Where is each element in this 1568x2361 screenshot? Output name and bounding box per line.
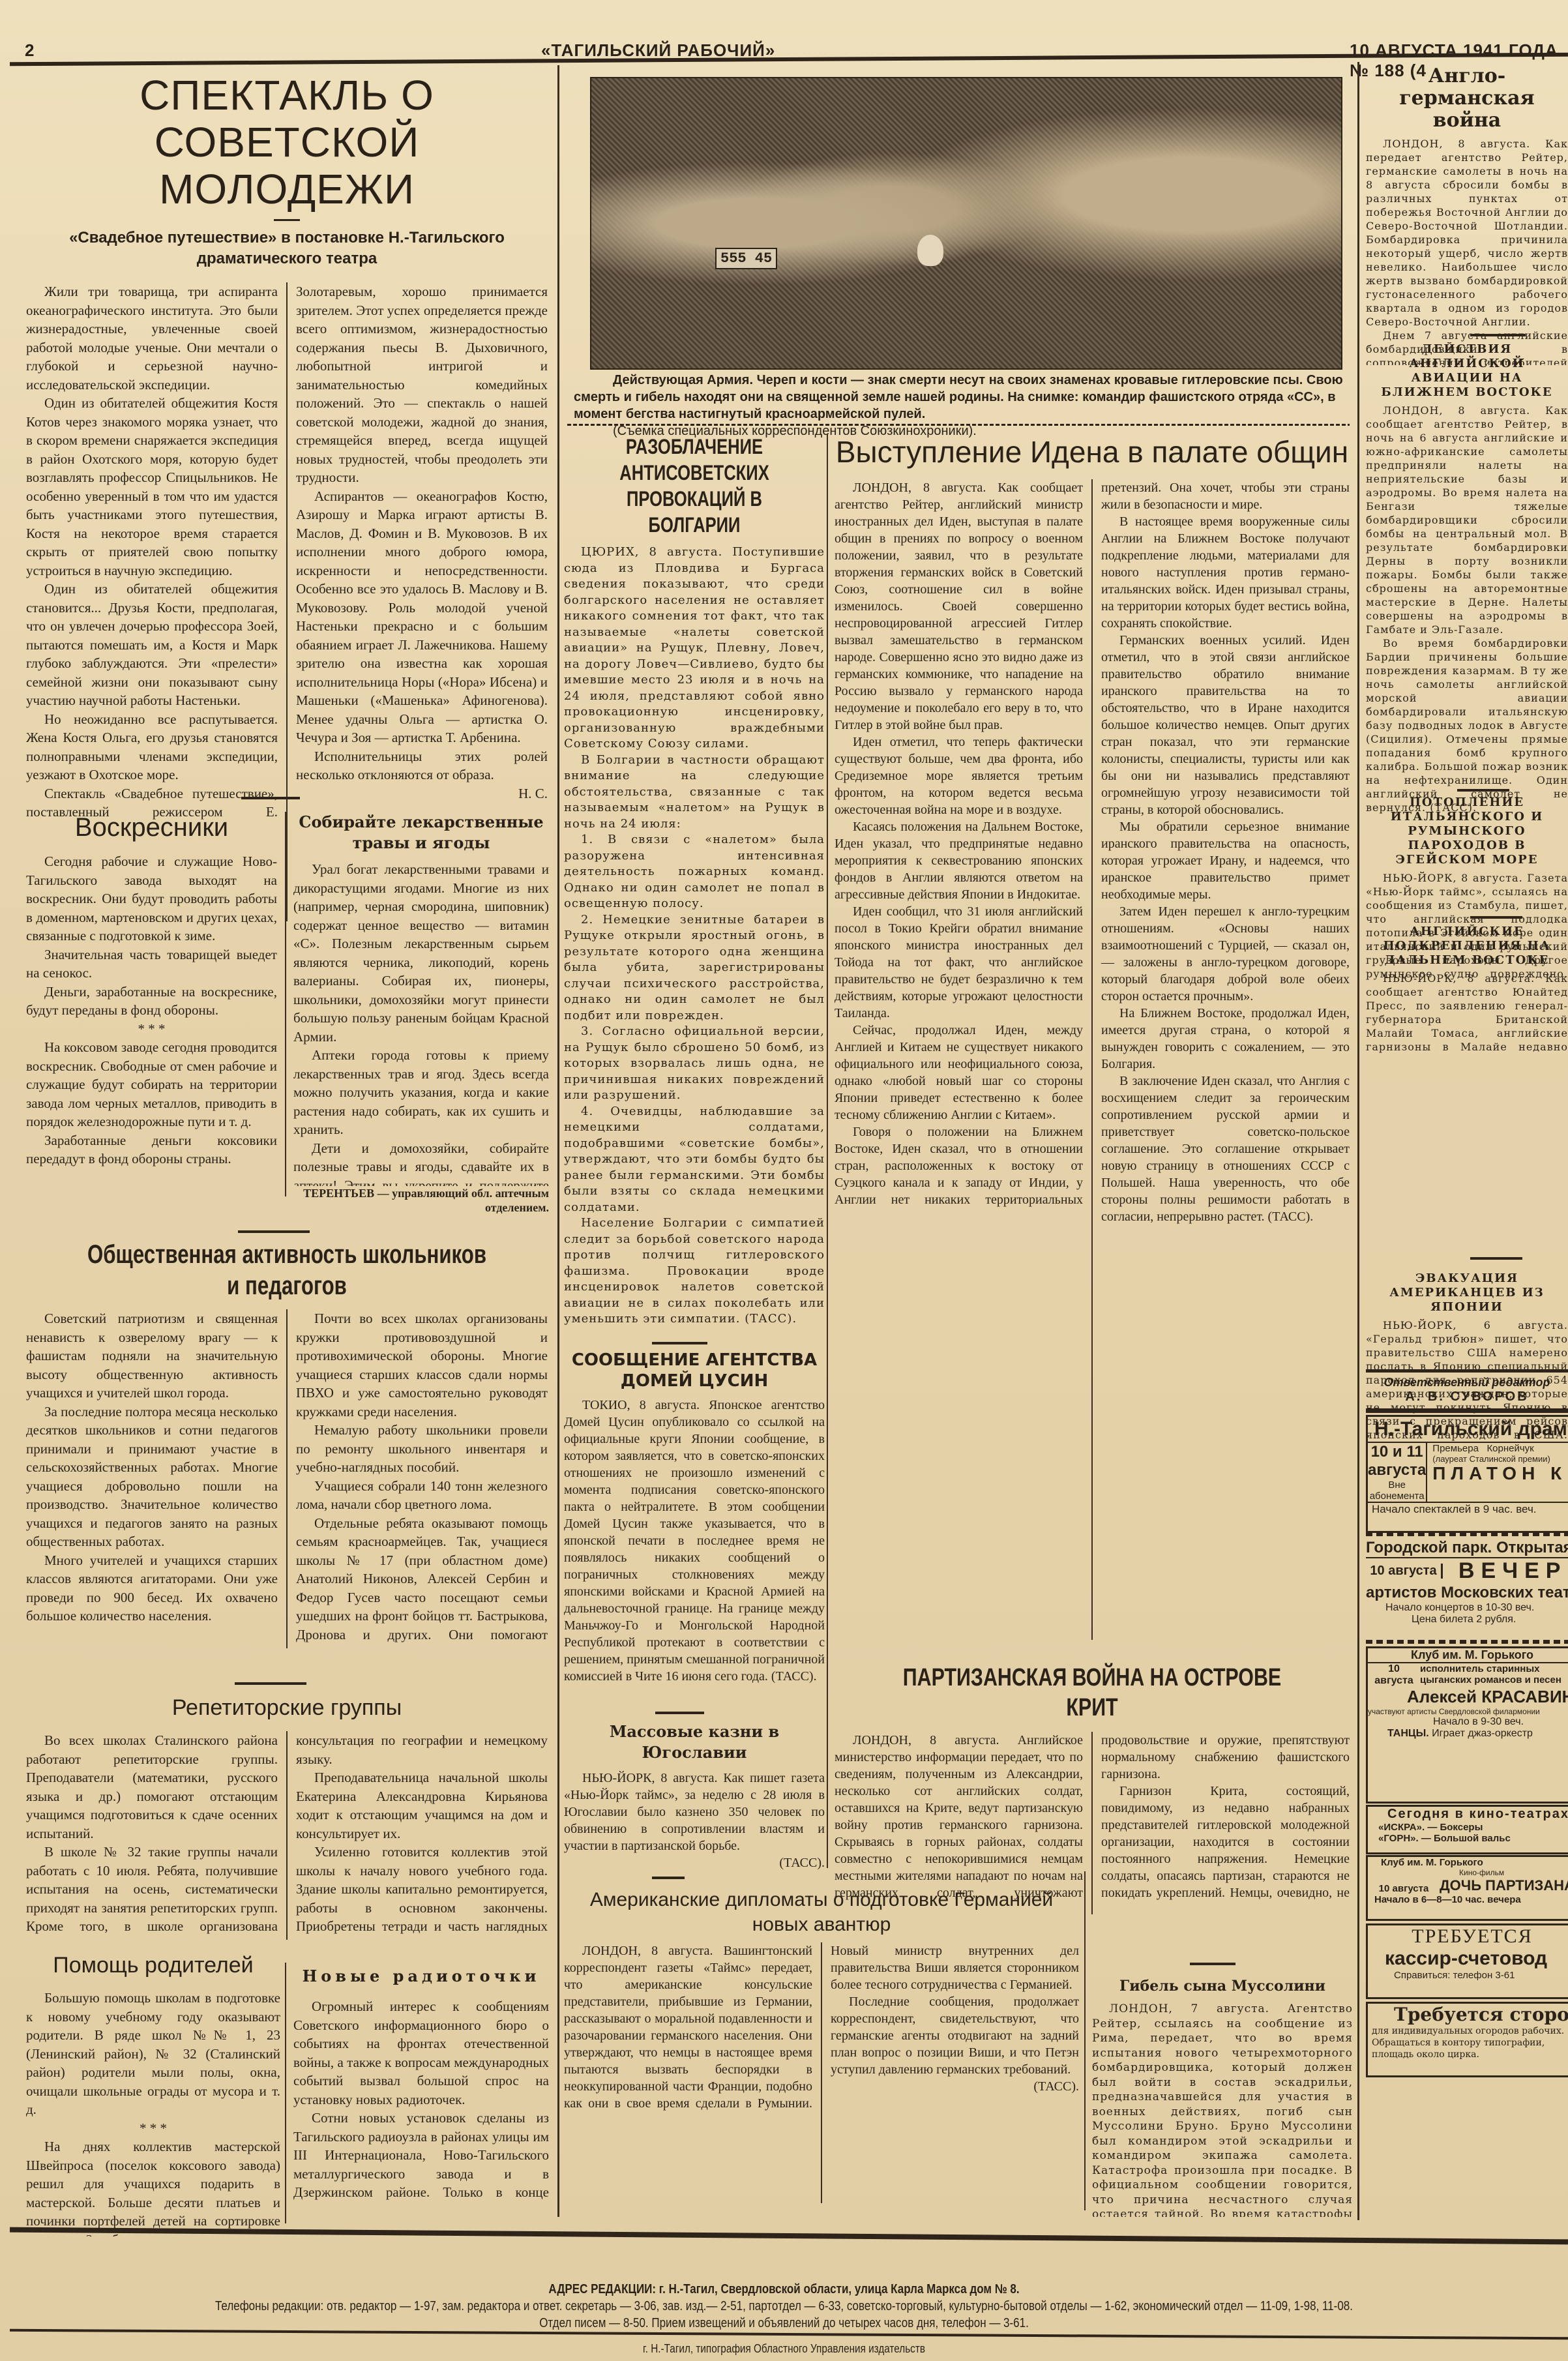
article-yugoslavia: Массовые казни в Югославии НЬЮ-ЙОРК, 8 а… <box>564 1721 825 1871</box>
paragraph: Аптеки города готовы к приему лекарствен… <box>293 1046 549 1139</box>
column-divider <box>1084 1871 1086 2210</box>
article-body: ЛОНДОН, 8 августа. Как сообщает агентств… <box>1366 404 1568 834</box>
article-title: СПЕКТАКЛЬ О СОВЕТСКОЙ МОЛОДЕЖИ <box>26 72 548 213</box>
ad-date: 10 и 11 августа <box>1368 1443 1426 1479</box>
ad-title: ТРЕБУЕТСЯ <box>1368 1925 1568 1948</box>
article-title: Массовые казни в Югославии <box>564 1721 825 1763</box>
divider <box>652 1342 707 1344</box>
paragraph: На днях коллектив мастерской Швейпроса (… <box>26 2137 280 2236</box>
ad-position: кассир-счетовод <box>1368 1948 1568 1970</box>
ad-dance: ТАНЦЫ. <box>1387 1728 1429 1739</box>
article-body: Урал богат лекарственными травами и дико… <box>293 860 549 1186</box>
ad-gorky-concert: Клуб им. М. Горького 10 августа исполнит… <box>1366 1646 1568 1804</box>
article-body: Советский патриотизм и священная ненавис… <box>26 1309 548 1648</box>
paragraph: Сотни новых установок сделаны из Тагильс… <box>293 2109 549 2206</box>
license-plate: 555 45 <box>715 248 777 269</box>
dotted-rule <box>1366 1532 1568 1536</box>
paragraph: На коксовом заводе сегодня проводится во… <box>26 1038 277 1131</box>
article-title: Воскресники <box>26 812 277 843</box>
paragraph: Во время бомбардировки Бардии причинены … <box>1366 636 1568 814</box>
ad-start: Начало в 9-30 веч. <box>1368 1716 1568 1728</box>
paragraph: 1. В связи с «налетом» была разоружена и… <box>564 832 825 912</box>
ad-gorky-film: Клуб им. М. Горького 10 августа Кино-фил… <box>1366 1855 1568 1921</box>
ad-film: ДОЧЬ ПАРТИЗАНА <box>1440 1877 1568 1894</box>
footer-letters: Отдел писем — 8-50. Прием извещений и об… <box>117 2316 1450 2331</box>
ad-start: Начало концертов в 10-30 веч. <box>1366 1602 1568 1614</box>
cinema-venue: «ИСКРА». <box>1378 1822 1425 1833</box>
divider <box>1190 1963 1235 1965</box>
ad-desc: для индивидуальных огородов рабочих. Обр… <box>1368 2025 1568 2060</box>
ad-participants: участвуют артисты Свердловской филармони… <box>1368 1707 1568 1716</box>
divider <box>655 1712 704 1714</box>
article-body: ЛОНДОН, 8 августа. Английское министерст… <box>835 1732 1350 1914</box>
column-divider <box>827 434 828 1868</box>
article-title: ПОТОПЛЕНИЕ ИТАЛЬЯНСКОГО И РУМЫНСКОГО ПАР… <box>1366 795 1568 867</box>
article-eden: Выступление Идена в палате общин ЛОНДОН,… <box>835 434 1350 1640</box>
ad-laureate: (лауреат Сталинской премии) <box>1432 1454 1568 1464</box>
article-body: ЛОНДОН, 8 августа. Вашингтонский корресп… <box>564 1942 1079 2203</box>
paragraph: Мы обратили серьезное внимание иранского… <box>1101 818 1350 903</box>
editor-block: Ответственный редактор А. В. СУВОРОВ <box>1366 1376 1568 1404</box>
paragraph: Урал богат лекарственными травами и дико… <box>293 860 549 1046</box>
article-title: Американские дипломаты о подготовке Герм… <box>564 1888 1079 1937</box>
paragraph: Иден сообщил, что 31 июля английский пос… <box>835 903 1083 1022</box>
article-title: Общественная активность школьников и пед… <box>83 1239 490 1301</box>
article-title: Англо-германская война <box>1366 65 1568 132</box>
article-diplomaty: Американские дипломаты о подготовке Герм… <box>564 1888 1079 2203</box>
paragraph: Много учителей и учащихся старших классо… <box>26 1551 278 1626</box>
ad-guard-wanted: Требуется сторож для индивидуальных огор… <box>1366 2002 1568 2077</box>
paragraph: ТОКИО, 8 августа. Японское агентство Дом… <box>564 1397 825 1685</box>
divider <box>652 1877 685 1879</box>
war-photo: 555 45 <box>590 77 1342 370</box>
paragraph: Исполнительницы этих ролей несколько отк… <box>296 747 548 784</box>
paragraph: Почти во всех школах организованы кружки… <box>296 1309 548 1421</box>
paragraph: НЬЮ-ЙОРК, 8 августа. Как пишет газета «Н… <box>564 1770 825 1854</box>
article-body: ТОКИО, 8 августа. Японское агентство Дом… <box>564 1397 825 1710</box>
divider <box>1366 1408 1568 1413</box>
article-title: РАЗОБЛАЧЕНИЕ АНТИСОВЕТСКИХ ПРОВОКАЦИЙ В … <box>590 434 799 538</box>
article-mussolini: Гибель сына Муссолини ЛОНДОН, 7 августа.… <box>1092 1976 1353 2217</box>
ad-performers: артистов Московских театров <box>1366 1584 1568 1602</box>
divider <box>235 1682 306 1685</box>
paragraph: Преподавательница начальной школы Екатер… <box>296 1768 548 1843</box>
paragraph: Деньги, заработанные на воскреснике, буд… <box>26 983 277 1020</box>
photo-caption: Действующая Армия. Череп и кости — знак … <box>574 372 1343 439</box>
article-body: ЛОНДОН, 8 августа. Как передает агентств… <box>1366 137 1568 365</box>
editor-label: Ответственный редактор <box>1366 1376 1568 1389</box>
ad-play: ПЛАТОН КРЕЧЕТ <box>1432 1464 1568 1483</box>
article-title: ПАРТИЗАНСКАЯ ВОЙНА НА ОСТРОВЕ КРИТ <box>886 1663 1298 1723</box>
divider <box>274 219 300 221</box>
divider <box>1470 1257 1522 1260</box>
paragraph: Огромный интерес к сообщениям Советского… <box>293 1997 549 2109</box>
paragraph: Но неожиданно все распутывается. Жена Ко… <box>26 710 278 784</box>
paragraph: ЦЮРИХ, 8 августа. Поступившие сюда из Пл… <box>564 544 825 752</box>
ad-author: Корнейчук <box>1487 1443 1533 1454</box>
paragraph: Сейчас, продолжал Иден, между Англией и … <box>835 1022 1083 1123</box>
article-aviation: ДЕЙСТВИЯ АНГЛИЙСКОЙ АВИАЦИИ НА БЛИЖНЕМ В… <box>1366 342 1568 834</box>
article-body: ЦЮРИХ, 8 августа. Поступившие сюда из Пл… <box>564 544 825 1356</box>
article-spektakl: СПЕКТАКЛЬ О СОВЕТСКОЙ МОЛОДЕЖИ «Свадебно… <box>26 72 548 921</box>
ad-note: Вне абонемента <box>1368 1479 1426 1502</box>
article-body: Во всех школах Сталинского района работа… <box>26 1731 548 1940</box>
article-voskresniki: Воскресники Сегодня рабочие и служащие Н… <box>26 812 277 1217</box>
article-title: Новые радиоточки <box>293 1966 549 1987</box>
article-travy: Собирайте лекарственные травы и ягоды Ур… <box>293 812 549 1215</box>
article-body: ЛОНДОН, 7 августа. Агентство Рейтер, ссы… <box>1092 2002 1353 2217</box>
paragraph: Учащиеся собрали 140 тонн железного лома… <box>296 1477 548 1514</box>
skull-icon <box>917 235 943 266</box>
cinema-film: — Боксеры <box>1427 1822 1483 1833</box>
article-bolgaria: РАЗОБЛАЧЕНИЕ АНТИСОВЕТСКИХ ПРОВОКАЦИЙ В … <box>564 434 825 1356</box>
article-title: СООБЩЕНИЕ АГЕНТСТВА ДОМЕЙ ЦУСИН <box>564 1350 825 1391</box>
cinema-venue: «ГОРН». <box>1378 1833 1419 1844</box>
ad-event: ВЕЧЕР <box>1443 1558 1567 1584</box>
article-body: Сегодня рабочие и служащие Ново-Тагильск… <box>26 852 277 1217</box>
footer-phones: Телефоны редакции: отв. редактор — 1-97,… <box>117 2299 1450 2314</box>
divider <box>1470 916 1522 919</box>
ad-date: 10 августа <box>1366 1564 1443 1579</box>
column-divider <box>285 1963 286 2223</box>
paragraph: Иден отметил, что теперь фактически суще… <box>835 734 1083 818</box>
article-body: НЬЮ-ЙОРК, 8 августа. Как пишет газета «Н… <box>564 1770 825 1871</box>
paragraph: ЛОНДОН, 7 августа. Агентство Рейтер, ссы… <box>1092 2002 1353 2217</box>
paragraph: Советский патриотизм и священная ненавис… <box>26 1309 278 1403</box>
paragraph: Один из обитателей общежития Костя Котов… <box>26 394 278 580</box>
wavy-divider <box>567 424 1350 426</box>
paragraph: За последние полтора месяца несколько де… <box>26 1403 278 1551</box>
divider <box>238 1230 310 1233</box>
source-tass: (ТАСС). <box>564 1854 825 1871</box>
ad-city-park: Городской парк. Открытая эстрада 10 авгу… <box>1366 1539 1568 1633</box>
paragraph: ЛОНДОН, 8 августа. Как сообщает агентств… <box>1366 404 1568 636</box>
page-number: 2 <box>25 40 35 61</box>
article-title: АНГЛИЙСКИЕ ПОДКРЕПЛЕНИЯ НА ДАЛЬНЕМ ВОСТО… <box>1366 925 1568 968</box>
article-title: Репетиторские группы <box>26 1692 548 1723</box>
ad-contact: Справиться: телефон 3-61 <box>1368 1970 1568 1981</box>
ad-premiere: Премьера <box>1432 1443 1479 1454</box>
ad-desc: исполнитель старинных цыганских романсов… <box>1420 1663 1568 1687</box>
signature: Н. С. <box>296 784 548 803</box>
article-title: ДЕЙСТВИЯ АНГЛИЙСКОЙ АВИАЦИИ НА БЛИЖНЕМ В… <box>1366 342 1568 400</box>
divider <box>241 797 300 799</box>
ad-type: Кино-фильм <box>1440 1868 1568 1877</box>
article-podkreplenia: АНГЛИЙСКИЕ ПОДКРЕПЛЕНИЯ НА ДАЛЬНЕМ ВОСТО… <box>1366 925 1568 1056</box>
cinema-film: — Большой вальс <box>1421 1833 1511 1844</box>
paragraph: В настоящее время вооруженные силы Англи… <box>1101 513 1350 632</box>
article-domei: СООБЩЕНИЕ АГЕНТСТВА ДОМЕЙ ЦУСИН ТОКИО, 8… <box>564 1350 825 1710</box>
article-radiotochki: Новые радиоточки Огромный интерес к сооб… <box>293 1966 549 2206</box>
ad-title: Сегодня в кино-театрах: <box>1368 1807 1568 1822</box>
ad-title: Н.-Тагильский драмтеатр <box>1368 1417 1568 1443</box>
paragraph: Значительная часть товарищей выедет на с… <box>26 945 277 983</box>
dotted-rule <box>1366 1640 1568 1644</box>
ad-title: Клуб им. М. Горького <box>1368 1857 1568 1868</box>
paragraph: Немалую работу школьники провели по ремо… <box>296 1421 548 1477</box>
paragraph: На Ближнем Востоке, продолжал Иден, имее… <box>1101 1005 1350 1073</box>
paragraph: Аспирантов — океанографов Костю, Азирошу… <box>296 487 548 747</box>
ad-cashier-wanted: ТРЕБУЕТСЯ кассир-счетовод Справиться: те… <box>1366 1923 1568 1999</box>
editor-name: А. В. СУВОРОВ <box>1366 1389 1568 1404</box>
paragraph: Во всех школах Сталинского района работа… <box>26 1731 278 1843</box>
paragraph: Германских военных усилий. Иден отметил,… <box>1101 632 1350 818</box>
caption-text: Действующая Армия. Череп и кости — знак … <box>574 372 1343 423</box>
paragraph: Заработанные деньги коксовики передадут … <box>26 1131 277 1168</box>
divider <box>1366 1369 1568 1373</box>
paragraph: Сегодня рабочие и служащие Ново-Тагильск… <box>26 852 277 945</box>
paragraph: НЬЮ-ЙОРК, 8 августа. Как сообщает агентс… <box>1366 972 1568 1056</box>
article-title: Гибель сына Муссолини <box>1092 1976 1353 1997</box>
paragraph: Последние сообщения, продолжает корреспо… <box>831 1993 1079 2078</box>
article-title: Выступление Идена в палате общин <box>835 434 1350 470</box>
source-tass: (ТАСС). <box>831 2078 1079 2095</box>
article-title: Помощь родителей <box>26 1950 280 1981</box>
paragraph: Большую помощь школам в подготовке к нов… <box>26 1989 280 2119</box>
ad-title: Городской парк. Открытая эстрада <box>1366 1539 1568 1558</box>
paragraph: Затем Иден перешел к англо-турецким отно… <box>1101 903 1350 1005</box>
ad-title: Требуется сторож <box>1368 2004 1568 2025</box>
ad-cinema: Сегодня в кино-театрах: «ИСКРА». — Боксе… <box>1366 1805 1568 1854</box>
article-krit: ПАРТИЗАНСКАЯ ВОЙНА НА ОСТРОВЕ КРИТ ЛОНДО… <box>835 1663 1350 1914</box>
divider <box>1470 334 1526 336</box>
column-divider <box>1357 62 1359 2220</box>
article-title: ЭВАКУАЦИЯ АМЕРИКАНЦЕВ ИЗ ЯПОНИИ <box>1366 1271 1568 1314</box>
paragraph: Касаясь положения на Дальнем Востоке, Ид… <box>835 818 1083 903</box>
ad-drama-theatre: Н.-Тагильский драмтеатр 10 и 11 августа … <box>1366 1415 1568 1533</box>
ad-performer: Алексей КРАСАВИН <box>1368 1687 1568 1707</box>
footer-printer: г. Н.-Тагил, типография Областного Управ… <box>117 2342 1450 2356</box>
article-war: Англо-германская война ЛОНДОН, 8 августа… <box>1366 65 1568 365</box>
paragraph: 3. Согласно официальной версии, на Рущук… <box>564 1024 825 1104</box>
paragraph: В Болгарии в частности обращают внимание… <box>564 752 825 833</box>
article-pomoshch: Помощь родителей Большую помощь школам в… <box>26 1950 280 2236</box>
article-subtitle: «Свадебное путешествие» в постановке Н.-… <box>26 228 548 269</box>
column-divider <box>285 812 286 1196</box>
article-body: ЛОНДОН, 8 августа. Как сообщает агентств… <box>835 479 1350 1640</box>
article-title: Собирайте лекарственные травы и ягоды <box>293 812 549 854</box>
ad-price: Цена билета 2 рубля. <box>1366 1614 1568 1626</box>
paragraph: 4. Очевидцы, наблюдавшие за немецкими со… <box>564 1104 825 1216</box>
ad-start: Начало спектаклей в 9 час. веч. <box>1368 1502 1568 1516</box>
article-body: Огромный интерес к сообщениям Советского… <box>293 1997 549 2206</box>
ad-start: Начало в 6—8—10 час. вечера <box>1368 1894 1568 1905</box>
article-aktivnost: Общественная активность школьников и пед… <box>26 1239 548 1648</box>
paragraph: Жили три товарища, три аспиранта океаног… <box>26 282 278 394</box>
column-divider <box>557 65 559 2217</box>
paragraph: ЛОНДОН, 8 августа. Как передает агентств… <box>1366 137 1568 329</box>
signature: ТЕРЕНТЬЕВ — управляющий обл. аптечным от… <box>293 1186 549 1215</box>
paragraph: Дети и домохозяйки, собирайте полезные т… <box>293 1139 549 1187</box>
paragraph: ЛОНДОН, 8 августа. Как сообщает агентств… <box>835 479 1083 734</box>
ad-title: Клуб им. М. Горького <box>1368 1648 1568 1663</box>
article-repetitor: Репетиторские группы Во всех школах Стал… <box>26 1692 548 1940</box>
ad-date: 10 августа <box>1368 1883 1440 1894</box>
article-body: НЬЮ-ЙОРК, 8 августа. Как сообщает агентс… <box>1366 972 1568 1056</box>
ad-date: 10 августа <box>1368 1663 1420 1687</box>
paragraph: Один из обитателей общежития становится.… <box>26 580 278 710</box>
ad-dance-note: Играет джаз-оркестр <box>1432 1728 1533 1739</box>
footer-address: АДРЕС РЕДАКЦИИ: г. Н.-Тагил, Свердловско… <box>117 2282 1450 2297</box>
article-body: Большую помощь школам в подготовке к нов… <box>26 1989 280 2236</box>
paragraph: В заключение Иден сказал, что Англия с в… <box>1101 1073 1350 1225</box>
divider <box>1457 789 1509 792</box>
paragraph: 2. Немецкие зенитные батареи в Рущуке от… <box>564 912 825 1024</box>
paragraph: Население Болгарии с симпатией следит за… <box>564 1215 825 1328</box>
